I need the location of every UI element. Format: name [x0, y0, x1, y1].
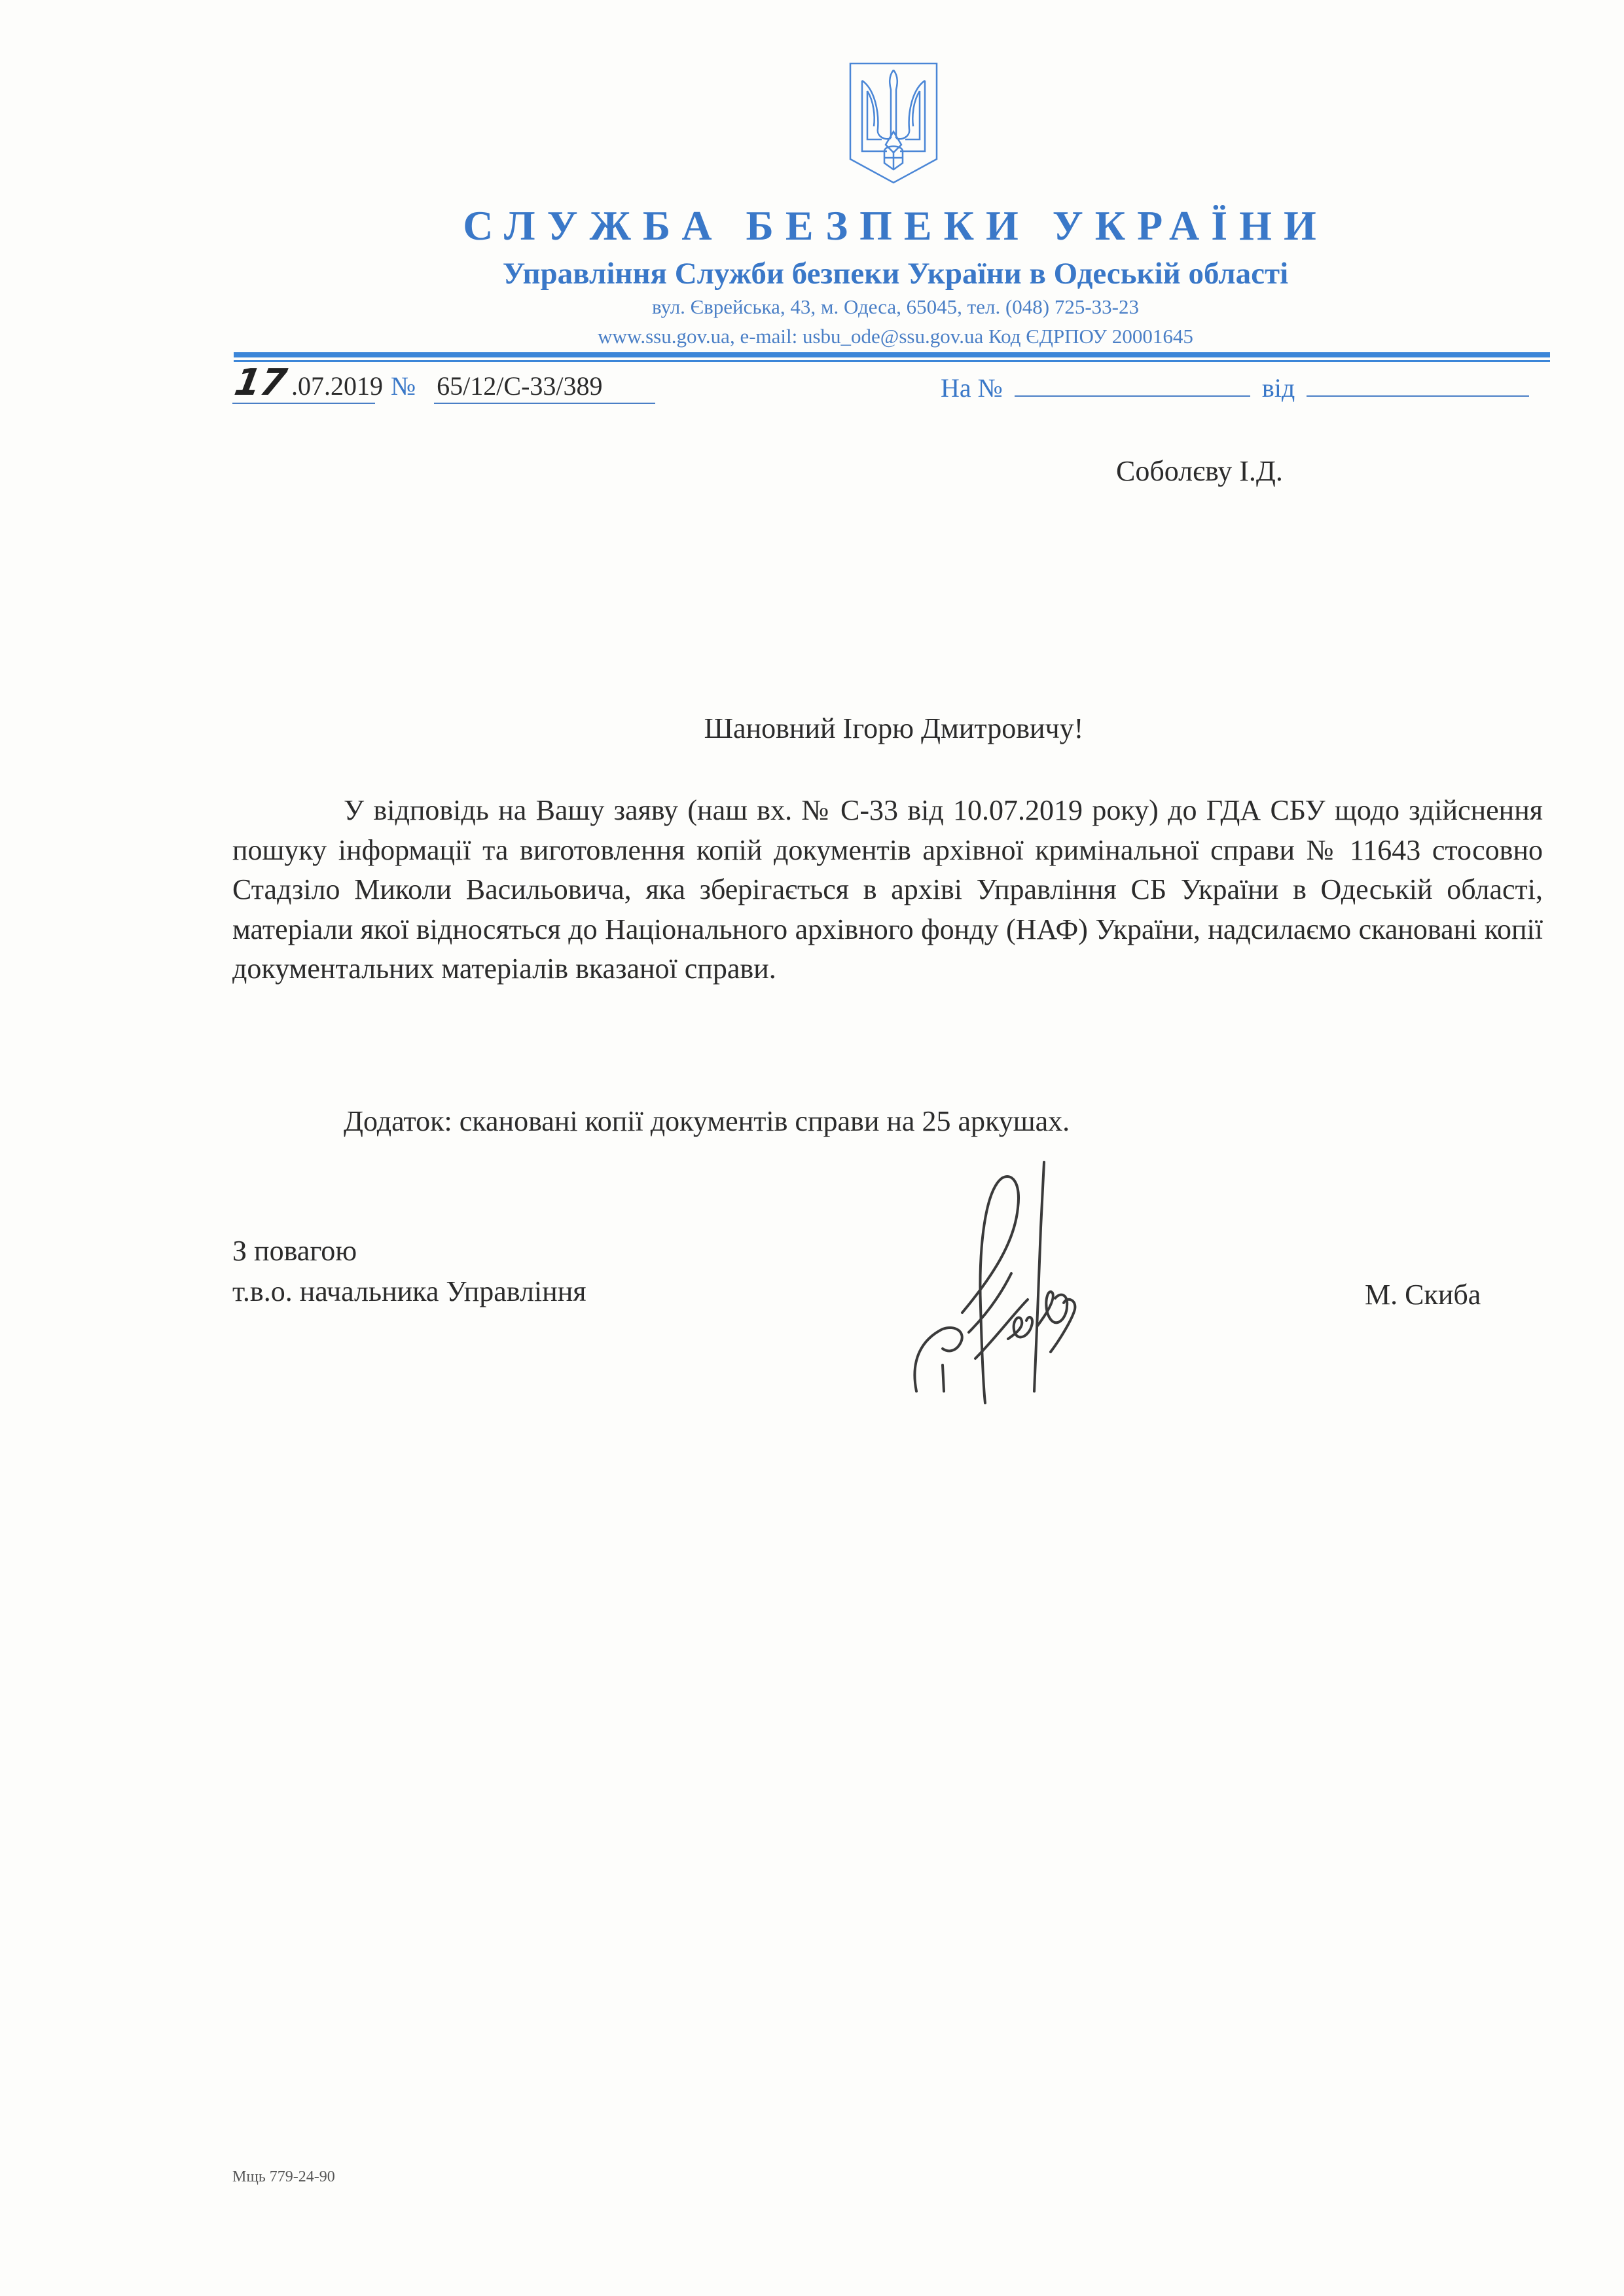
outgoing-number-label: №	[391, 371, 416, 401]
department-title: Управління Служби безпеки України в Одес…	[0, 254, 1624, 293]
incoming-reference: На №від	[941, 367, 1529, 406]
body-paragraph: У відповідь на Вашу заяву (наш вх. № С-3…	[232, 791, 1543, 989]
handwritten-day: 17	[232, 367, 289, 399]
outgoing-number: 65/12/С-33/389	[434, 370, 655, 404]
in-reply-label: На №	[941, 373, 1003, 403]
outgoing-reference: 17.07.2019 № 65/12/С-33/389	[232, 367, 655, 406]
letterhead-divider-thin	[234, 360, 1550, 362]
closing-regards: З повагою	[232, 1231, 586, 1271]
signer-name: М. Скиба	[1365, 1275, 1481, 1315]
handwritten-signature-icon	[903, 1142, 1204, 1404]
signer-position: т.в.о. начальника Управління	[232, 1271, 586, 1312]
appendix-note: Додаток: скановані копії документів спра…	[344, 1102, 1070, 1141]
addressee: Соболєву І.Д.	[1116, 452, 1283, 491]
organization-title: СЛУЖБА БЕЗПЕКИ УКРАЇНИ	[0, 200, 1624, 252]
in-reply-number-blank	[1015, 367, 1250, 397]
outgoing-date-field: 17.07.2019	[232, 367, 375, 404]
closing-block: З повагою т.в.о. начальника Управління	[232, 1231, 586, 1312]
letter-page: СЛУЖБА БЕЗПЕКИ УКРАЇНИ Управління Служби…	[0, 0, 1624, 2296]
letterhead-divider-thick	[234, 352, 1550, 357]
salutation: Шановний Ігорю Дмитровичу!	[0, 709, 1624, 748]
from-date-blank	[1307, 367, 1529, 397]
from-label: від	[1262, 373, 1295, 403]
print-code: Мщь 779-24-90	[232, 2167, 335, 2187]
trident-emblem-icon	[848, 61, 939, 185]
organization-contacts: www.ssu.gov.ua, e-mail: usbu_ode@ssu.gov…	[0, 323, 1624, 350]
organization-address: вул. Єврейська, 43, м. Одеса, 65045, тел…	[0, 294, 1624, 320]
outgoing-date: .07.2019	[291, 371, 383, 401]
